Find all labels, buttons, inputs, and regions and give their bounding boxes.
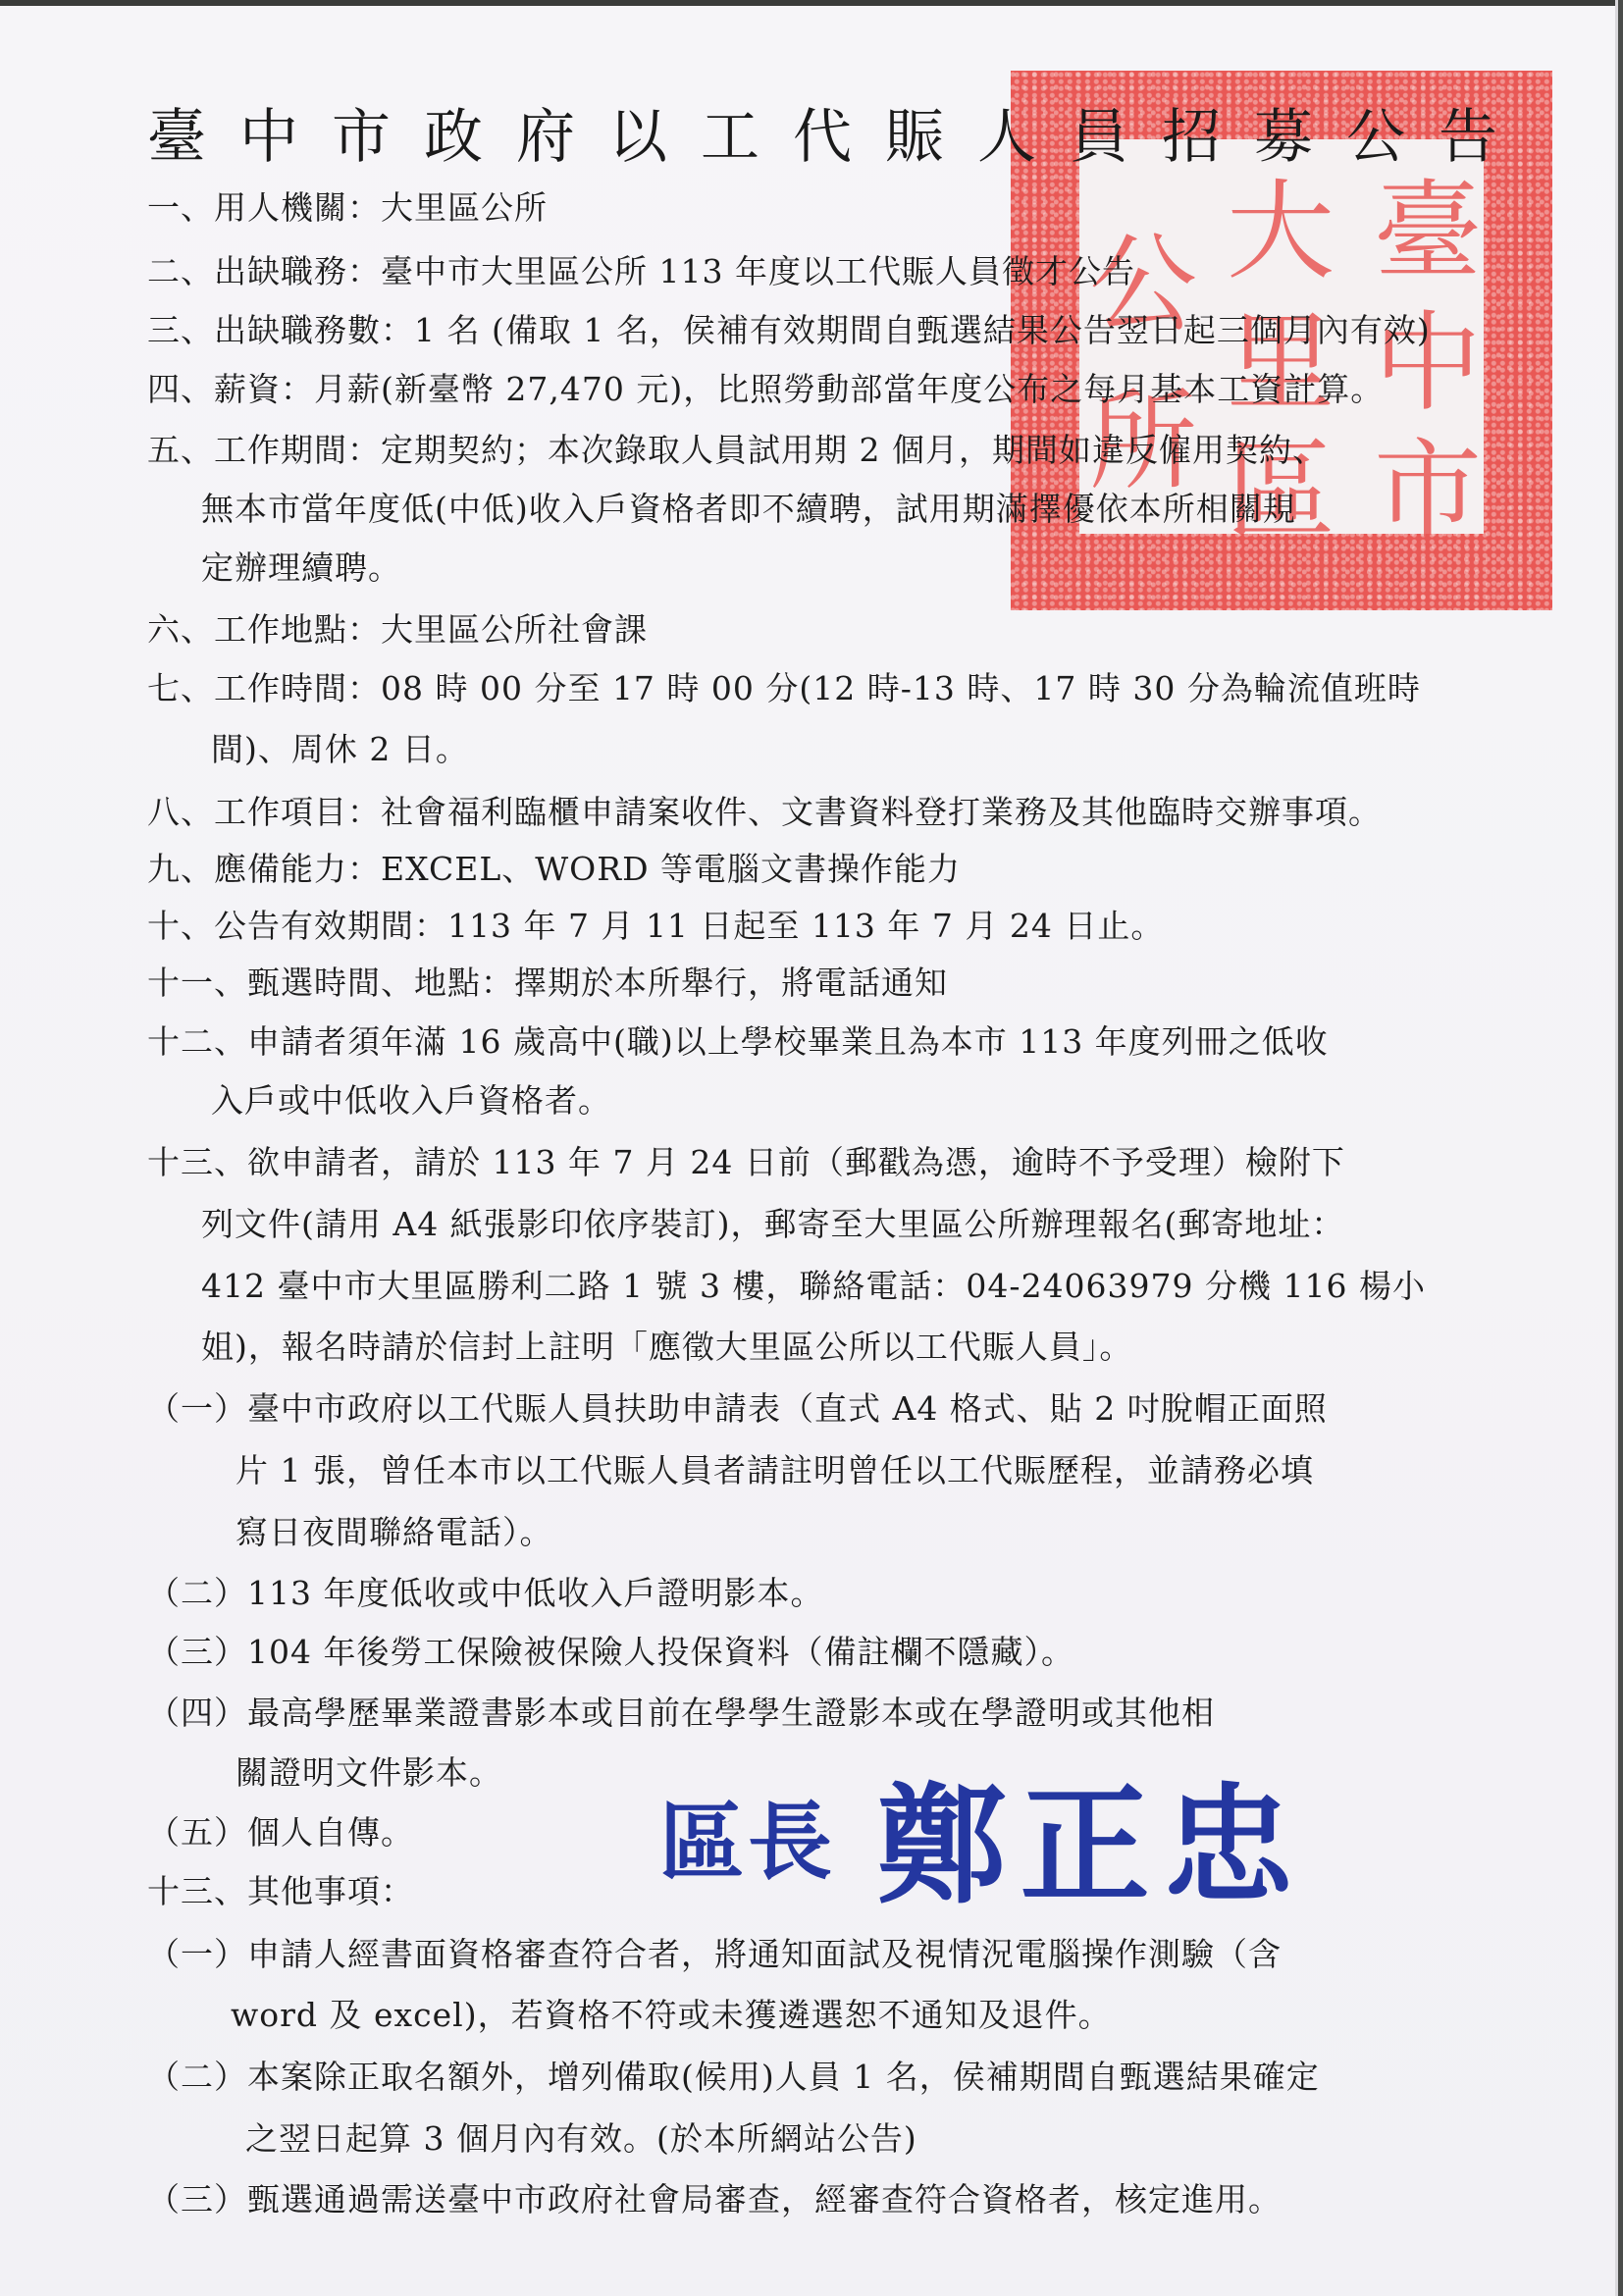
district-chief-signature: 區長 鄭正忠 [659,1742,1307,1928]
signature-name: 鄭正忠 [877,1771,1307,1922]
announcement-line: （一）臺中市政府以工代賑人員扶助申請表（直式 A4 格式、貼 2 吋脫帽正面照 [147,1387,1328,1431]
announcement-line: 十二、申請者須年滿 16 歲高中(職)以上學校畢業且為本市 113 年度列冊之低… [147,1020,1329,1064]
document-title: 臺中市政府以工代賑人員招募公告 [147,98,1511,177]
announcement-line: 之翌日起算 3 個月內有效。(於本所網站公告) [245,2117,917,2161]
seal-glyph: 市 [1374,404,1482,559]
announcement-line: 一、用人機關：大里區公所 [147,186,548,230]
announcement-line: 七、工作時間：08 時 00 分至 17 時 00 分(12 時-13 時、17… [147,667,1421,710]
announcement-line: 間)、周休 2 日。 [211,728,469,771]
announcement-line: （三）104 年後勞工保險被保險人投保資料（備註欄不隱藏）。 [147,1631,1074,1674]
announcement-line: 定辦理續聘。 [201,547,401,590]
announcement-line: （四）最高學歷畢業證書影本或目前在學學生證影本或在學證明或其他相 [147,1692,1215,1735]
announcement-line: （二）本案除正取名額外，增列備取(候用)人員 1 名，侯補期間自甄選結果確定 [147,2056,1320,2099]
document-page: 臺 中 大 里 區 公 所 市 臺中市政府以工代賑人員招募公告 一、用人機關：大… [0,0,1623,2296]
announcement-line: 九、應備能力：EXCEL、WORD 等電腦文書操作能力 [147,848,961,891]
announcement-line: 四、薪資：月薪(新臺幣 27,470 元)，比照勞動部當年度公布之每月基本工資計… [147,368,1384,411]
scan-edge-right [1618,0,1623,2296]
announcement-line: 無本市當年度低(中低)收入戶資格者即不續聘，試用期滿擇優依本所相關規 [201,488,1296,531]
announcement-line: 六、工作地點：大里區公所社會課 [147,608,648,652]
announcement-line: 五、工作期間：定期契約；本次錄取人員試用期 2 個月，期間如違反僱用契約、 [147,429,1326,472]
announcement-line: 姐)，報名時請於信封上註明「應徵大里區公所以工代賑人員」。 [201,1326,1132,1369]
announcement-line: 412 臺中市大里區勝利二路 1 號 3 樓，聯絡電話：04-24063979 … [201,1265,1426,1308]
announcement-line: 八、工作項目：社會福利臨櫃申請案收件、文書資料登打業務及其他臨時交辦事項。 [147,791,1382,834]
announcement-line: 十、公告有效期間：113 年 7 月 11 日起至 113 年 7 月 24 日… [147,905,1164,948]
scan-edge-top [0,0,1623,6]
announcement-line: 十三、欲申請者，請於 113 年 7 月 24 日前（郵戳為憑，逾時不予受理）檢… [147,1141,1345,1184]
announcement-line: 十三、其他事項： [147,1870,414,1913]
seal-glyph: 區 [1227,404,1335,559]
announcement-line: （一）申請人經書面資格審查符合者，將通知面試及視情況電腦操作測驗（含 [147,1933,1282,1976]
announcement-line: （五）個人自傳。 [147,1811,414,1854]
announcement-line: （二）113 年度低收或中低收入戶證明影本。 [147,1572,823,1615]
announcement-line: 十一、甄選時間、地點：擇期於本所舉行，將電話通知 [147,962,948,1005]
announcement-line: 關證明文件影本。 [236,1751,502,1795]
announcement-line: 片 1 張，曾任本市以工代賑人員者請註明曾任以工代賑歷程，並請務必填 [236,1449,1314,1492]
announcement-line: （三）甄選通過需送臺中市政府社會局審查，經審查符合資格者，核定進用。 [147,2178,1282,2221]
announcement-line: word 及 excel)，若資格不符或未獲遴選恕不通知及退件。 [231,1994,1112,2037]
announcement-line: 二、出缺職務：臺中市大里區公所 113 年度以工代賑人員徵才公告 [147,250,1135,293]
announcement-line: 寫日夜間聯絡電話）。 [236,1511,553,1554]
announcement-line: 入戶或中低收入戶資格者。 [211,1079,611,1122]
announcement-line: 列文件(請用 A4 紙張影印依序裝訂)，郵寄至大里區公所辦理報名(郵寄地址： [201,1203,1344,1246]
signature-title: 區長 [659,1794,836,1892]
announcement-line: 三、出缺職務數：1 名 (備取 1 名，侯補有效期間自甄選結果公告翌日起三個月內… [147,309,1431,352]
